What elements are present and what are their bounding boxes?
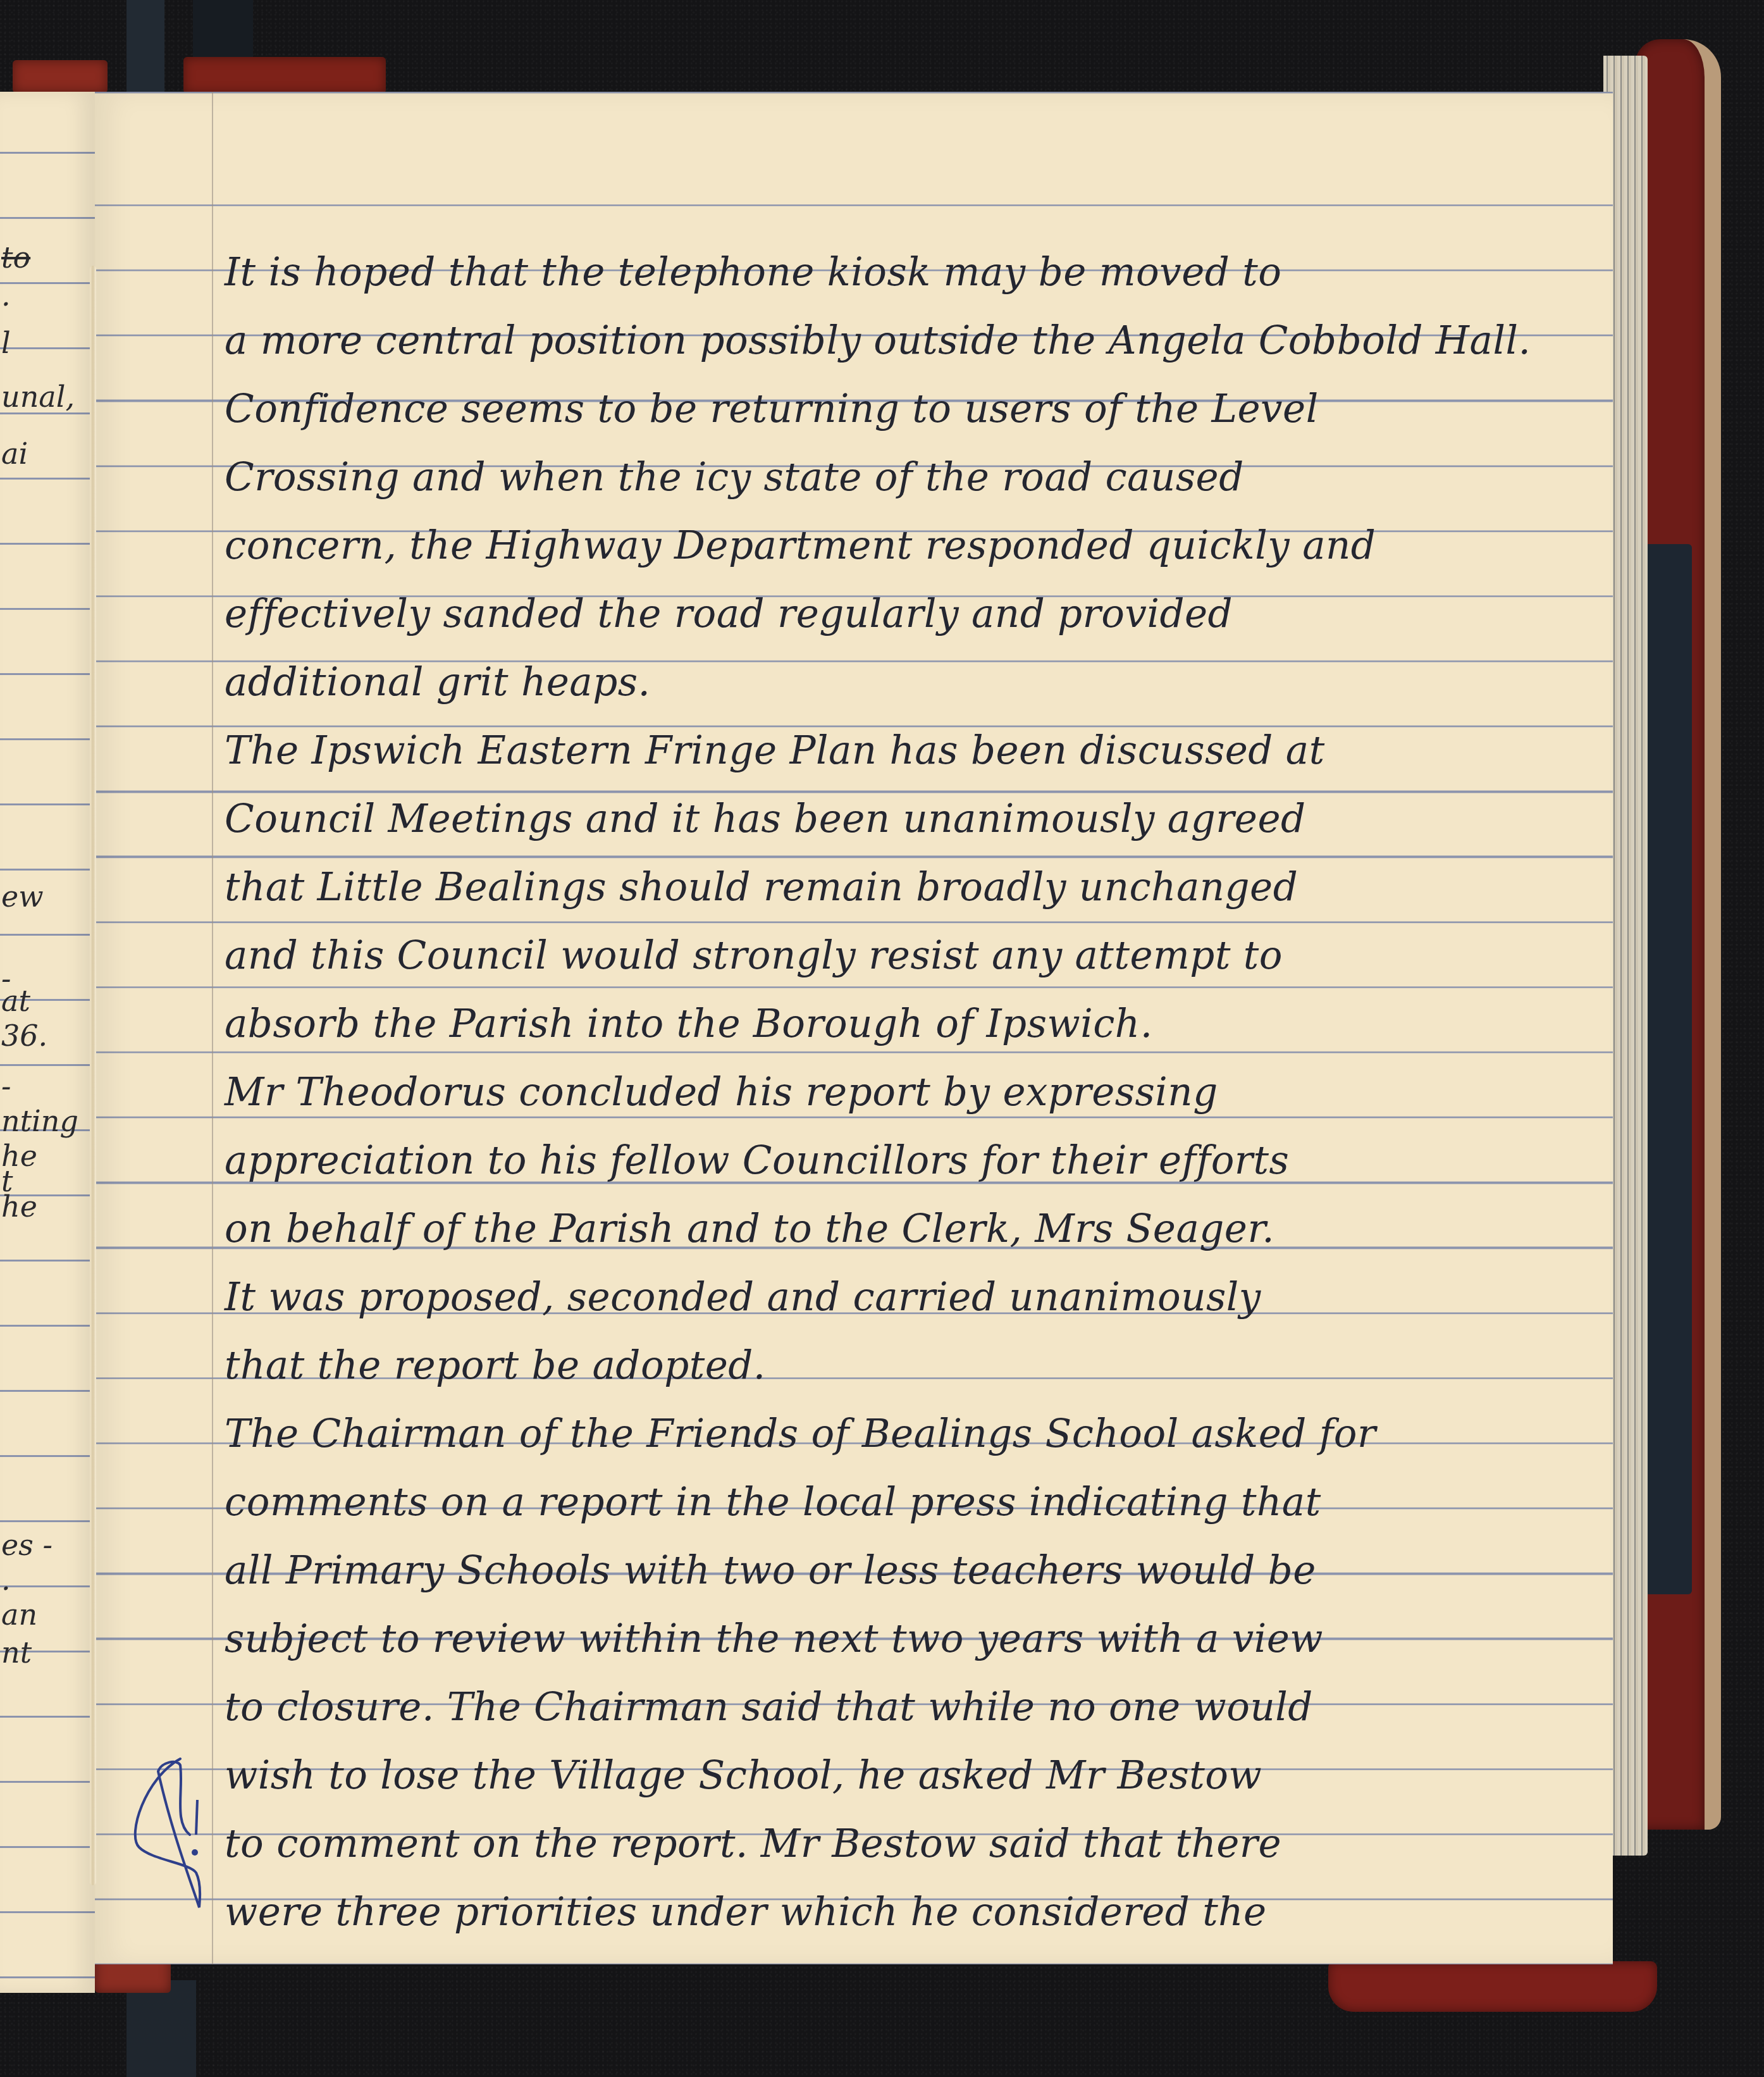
- handwritten-line: Confidence seems to be returning to user…: [225, 387, 1319, 431]
- handwritten-line: and this Council would strongly resist a…: [225, 933, 1283, 978]
- leather-cover-bottom-right: [1328, 1961, 1657, 2012]
- book-spine-bottom: [126, 1980, 196, 2077]
- binding-stitch: [90, 266, 96, 1885]
- handwritten-line: subject to review within the next two ye…: [225, 1616, 1323, 1661]
- handwritten-line: absorb the Parish into the Borough of Ip…: [225, 1001, 1153, 1046]
- left-page-fragment: nting: [1, 1104, 78, 1138]
- handwritten-line: were three priorities under which he con…: [225, 1890, 1267, 1935]
- handwritten-line: Mr Theodorus concluded his report by exp…: [225, 1070, 1218, 1115]
- handwritten-line: effectively sanded the road regularly an…: [225, 592, 1233, 636]
- left-page-fragment: ai: [1, 437, 28, 471]
- left-page-fragment: unal,: [1, 380, 75, 414]
- handwritten-line: that the report be adopted.: [225, 1343, 766, 1388]
- left-page-fragment: 36.: [1, 1019, 47, 1053]
- left-page-fragment: to: [1, 240, 30, 275]
- handwritten-line: concern, the Highway Department responde…: [225, 523, 1376, 568]
- handwritten-line: wish to lose the Village School, he aske…: [225, 1753, 1262, 1798]
- left-page-fragment: es -: [1, 1528, 52, 1562]
- handwritten-line: The Chairman of the Friends of Bealings …: [225, 1411, 1376, 1456]
- book-spine-cloth: [126, 0, 164, 95]
- left-page-fragment: l: [1, 326, 11, 360]
- left-page-fragment: .: [1, 1563, 11, 1597]
- handwritten-line: It is hoped that the telephone kiosk may…: [225, 250, 1281, 295]
- handwritten-line: on behalf of the Parish and to the Clerk…: [225, 1206, 1274, 1251]
- left-page-fragment: an: [1, 1597, 37, 1632]
- left-page-fragment: .: [1, 278, 11, 313]
- handwritten-line: a more central position possibly outside…: [225, 318, 1531, 363]
- handwritten-line: to comment on the report. Mr Bestow said…: [225, 1821, 1281, 1866]
- handwritten-line: comments on a report in the local press …: [225, 1480, 1321, 1525]
- leather-cover-top-left: [13, 60, 108, 93]
- handwritten-line: It was proposed, seconded and carried un…: [225, 1275, 1261, 1320]
- handwritten-line: appreciation to his fellow Councillors f…: [225, 1138, 1289, 1183]
- handwritten-line: all Primary Schools with two or less tea…: [225, 1548, 1316, 1593]
- left-page-fragment: ew: [1, 879, 44, 914]
- handwritten-line: The Ipswich Eastern Fringe Plan has been…: [225, 728, 1325, 773]
- margin-rule: [212, 92, 213, 1964]
- left-page-fragment: at: [1, 984, 30, 1018]
- left-page-fragment: -: [1, 1069, 11, 1103]
- handwritten-line: to closure. The Chairman said that while…: [225, 1685, 1313, 1730]
- margin-initials-signature-icon: [120, 1752, 228, 1911]
- leather-cover-top: [183, 57, 386, 94]
- left-page-fragment: he: [1, 1189, 37, 1224]
- handwritten-line: additional grit heaps.: [225, 660, 650, 705]
- handwritten-line: Council Meetings and it has been unanimo…: [225, 797, 1306, 841]
- left-page-fragment: nt: [1, 1635, 32, 1670]
- handwritten-line: that Little Bealings should remain broad…: [225, 865, 1298, 910]
- cloth-cover-right: [1644, 544, 1692, 1594]
- handwritten-line: Crossing and when the icy state of the r…: [225, 455, 1244, 500]
